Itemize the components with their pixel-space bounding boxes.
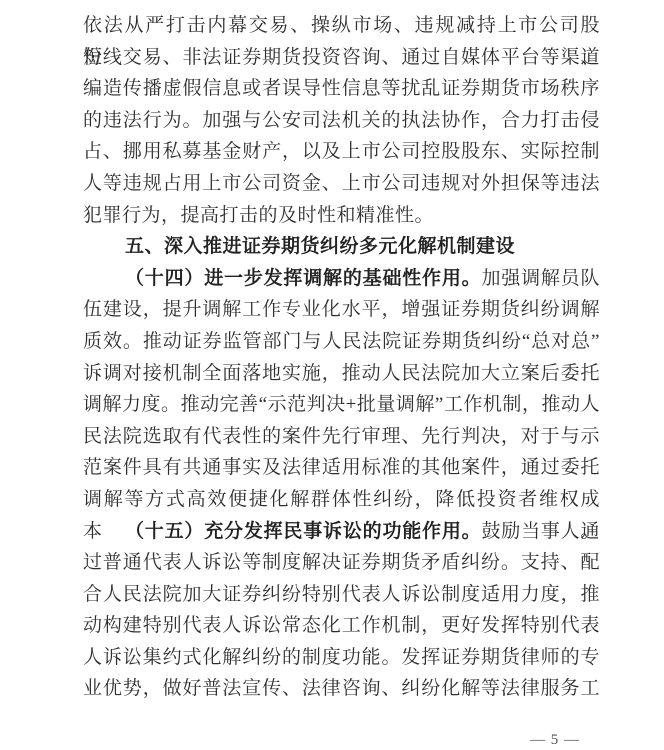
body-text: 编造传播虚假信息或者误导性信息等扰乱证券期货市场秩序 <box>83 78 600 99</box>
body-text: 调解力度。推动完善“示范判决+批量调解”工作机制，推动人 <box>83 394 600 415</box>
section-heading: 五、深入推进证券期货纠纷多元化解机制建设 <box>83 231 600 263</box>
body-text: 犯罪行为，提高打击的及时性和精准性。 <box>83 205 434 226</box>
text-line: 依法从严打击内幕交易、操纵市场、违规减持上市公司股份、 <box>83 10 600 42</box>
text-line: 编造传播虚假信息或者误导性信息等扰乱证券期货市场秩序 <box>83 73 600 105</box>
document-text: 依法从严打击内幕交易、操纵市场、违规减持上市公司股份、短线交易、非法证券期货投资… <box>83 10 600 705</box>
page-number: — 5 — <box>530 732 580 748</box>
body-text: 占、挪用私募基金财产，以及上市公司控股股东、实际控制 <box>83 141 600 162</box>
text-line: 民法院选取有代表性的案件先行审理、先行判决，对于与示 <box>83 421 600 453</box>
document-page: 依法从严打击内幕交易、操纵市场、违规减持上市公司股份、短线交易、非法证券期货投资… <box>0 0 664 750</box>
text-line: 诉调对接机制全面落地实施，推动人民法院加大立案后委托 <box>83 358 600 390</box>
text-line: （十五）充分发挥民事诉讼的功能作用。鼓励当事人通 <box>83 516 600 548</box>
text-line: 范案件具有共通事实及法律适用标准的其他案件，通过委托 <box>83 452 600 484</box>
text-line: 合人民法院加大证券纠纷特别代表人诉讼制度适用力度，推 <box>83 579 600 611</box>
body-text: 动构建特别代表人诉讼常态化工作机制，更好发挥特别代表 <box>83 615 600 636</box>
lead-in-text: （十四）进一步发挥调解的基础性作用。 <box>125 268 481 289</box>
text-line: 人等违规占用上市公司资金、上市公司违规对外担保等违法 <box>83 168 600 200</box>
text-line: 动构建特别代表人诉讼常态化工作机制，更好发挥特别代表 <box>83 610 600 642</box>
text-line: 调解力度。推动完善“示范判决+批量调解”工作机制，推动人 <box>83 389 600 421</box>
body-text: 伍建设，提升调解工作专业化水平，增强证券期货纠纷调解 <box>83 299 600 320</box>
body-text: 加强调解员队 <box>481 268 600 289</box>
body-text: 的违法行为。加强与公安司法机关的执法协作，合力打击侵 <box>83 110 600 131</box>
body-text: 业优势，做好普法宣传、法律咨询、纠纷化解等法律服务工 <box>83 678 600 699</box>
text-line: 短线交易、非法证券期货投资咨询、通过自媒体平台等渠道 <box>83 42 600 74</box>
text-line: （十四）进一步发挥调解的基础性作用。加强调解员队 <box>83 263 600 295</box>
text-line: 质效。推动证券监管部门与人民法院证券期货纠纷“总对总” <box>83 326 600 358</box>
body-text: 过普通代表人诉讼等制度解决证券期货矛盾纠纷。支持、配 <box>83 552 600 573</box>
text-line: 占、挪用私募基金财产，以及上市公司控股股东、实际控制 <box>83 136 600 168</box>
text-line: 伍建设，提升调解工作专业化水平，增强证券期货纠纷调解 <box>83 294 600 326</box>
body-text: 人等违规占用上市公司资金、上市公司违规对外担保等违法 <box>83 173 600 194</box>
text-line: 业优势，做好普法宣传、法律咨询、纠纷化解等法律服务工 <box>83 673 600 705</box>
body-text: 合人民法院加大证券纠纷特别代表人诉讼制度适用力度，推 <box>83 584 600 605</box>
text-line: 的违法行为。加强与公安司法机关的执法协作，合力打击侵 <box>83 105 600 137</box>
text-line: 犯罪行为，提高打击的及时性和精准性。 <box>83 200 600 232</box>
body-text: 范案件具有共通事实及法律适用标准的其他案件，通过委托 <box>83 457 600 478</box>
lead-in-text: 五、深入推进证券期货纠纷多元化解机制建设 <box>125 236 515 257</box>
body-text: 质效。推动证券监管部门与人民法院证券期货纠纷“总对总” <box>83 331 600 352</box>
lead-in-text: （十五）充分发挥民事诉讼的功能作用。 <box>125 521 481 542</box>
body-text: 鼓励当事人通 <box>481 521 600 542</box>
body-text: 民法院选取有代表性的案件先行审理、先行判决，对于与示 <box>83 426 600 447</box>
body-text: 诉调对接机制全面落地实施，推动人民法院加大立案后委托 <box>83 363 600 384</box>
text-line: 过普通代表人诉讼等制度解决证券期货矛盾纠纷。支持、配 <box>83 547 600 579</box>
body-text: 短线交易、非法证券期货投资咨询、通过自媒体平台等渠道 <box>83 47 600 68</box>
body-text: 人诉讼集约式化解纠纷的制度功能。发挥证券期货律师的专 <box>83 647 600 668</box>
text-line: 人诉讼集约式化解纠纷的制度功能。发挥证券期货律师的专 <box>83 642 600 674</box>
text-line: 调解等方式高效便捷化解群体性纠纷，降低投资者维权成本。 <box>83 484 600 516</box>
